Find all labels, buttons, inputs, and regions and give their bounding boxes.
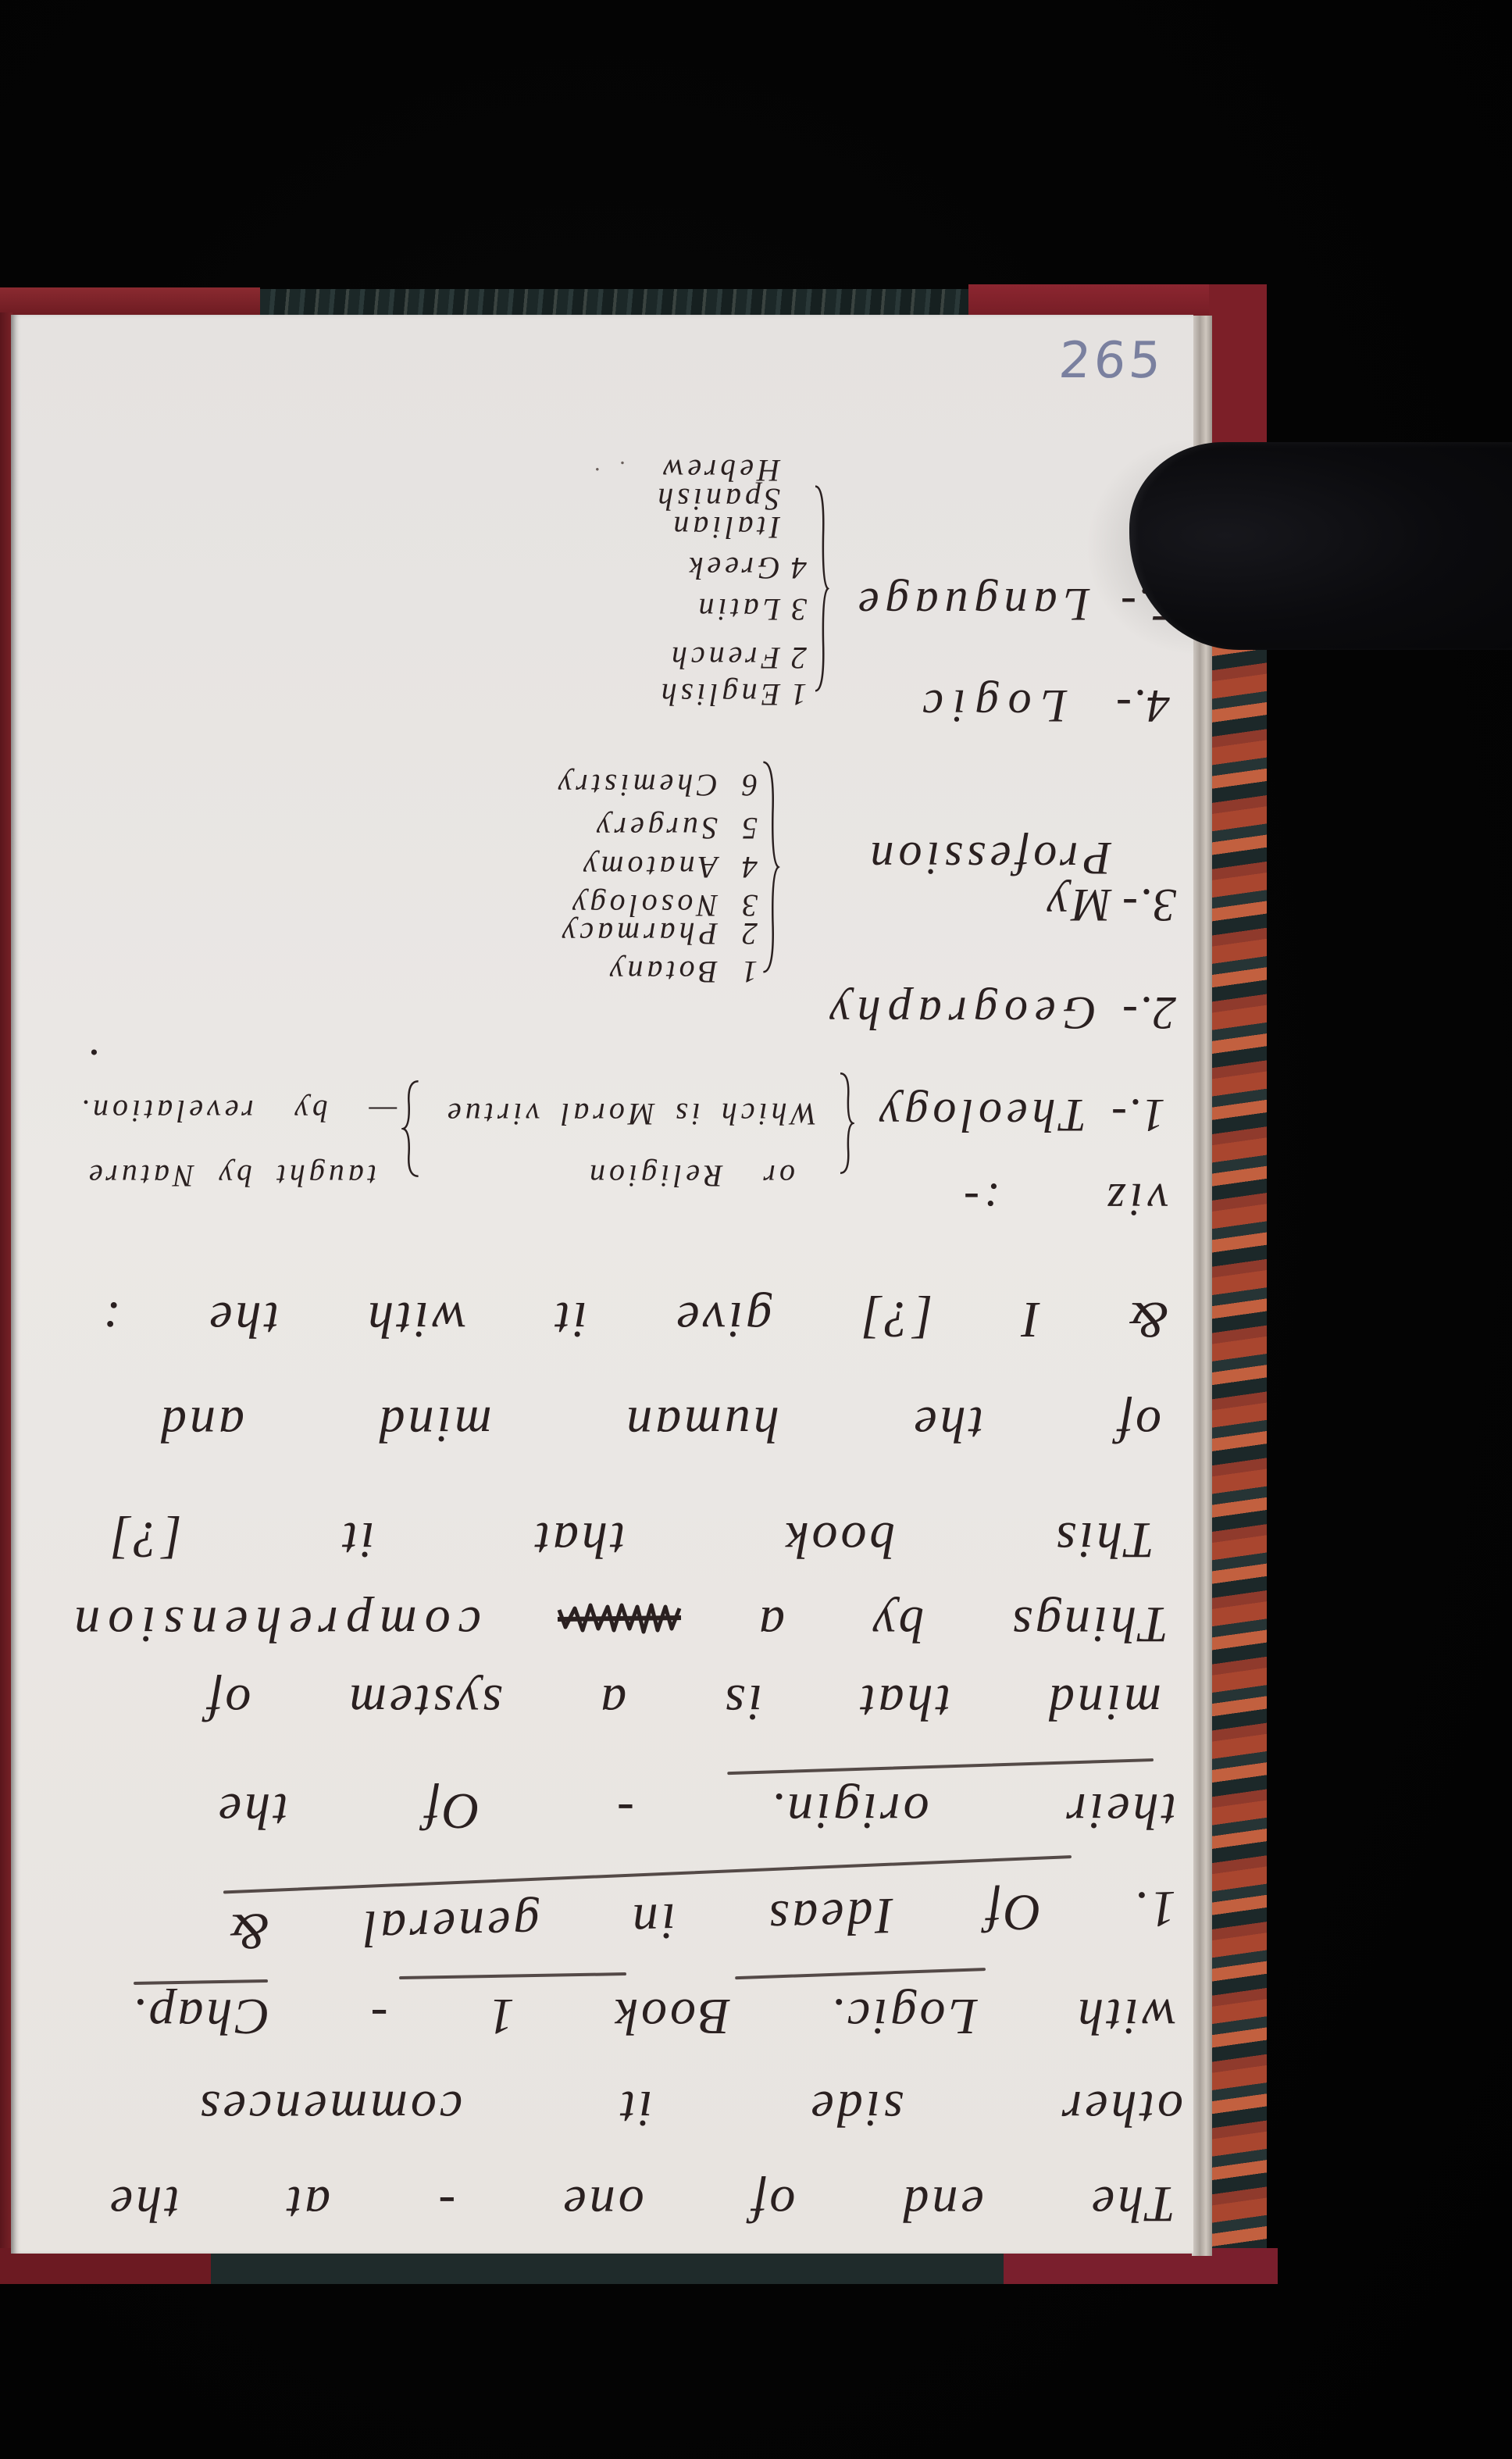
manuscript-line-5: their origin. - Of the — [216, 1785, 1176, 1836]
outline-title-theology: Theology — [875, 1092, 1086, 1139]
profession-subject: Nosology — [569, 890, 718, 921]
theology-branch-moral-virtue: Which is Moral virtue — [444, 1098, 817, 1130]
profession-subject-number: 3 — [738, 890, 758, 921]
profession-subject-number: 6 — [738, 769, 758, 801]
underline-book-1 — [399, 1972, 626, 1979]
manuscript-line-7-start: Things by a — [756, 1598, 1168, 1650]
manuscript-line-10: & I [?] give it with the : — [100, 1294, 1169, 1345]
manuscript-line-8: This book that it [?] — [107, 1514, 1154, 1565]
outline-number-2: 2.- — [1121, 990, 1176, 1037]
manuscript-line-7-end: comprehension — [70, 1598, 481, 1650]
profession-subject: Chemistry — [555, 769, 718, 801]
brace-profession — [761, 760, 780, 974]
profession-subject-number: 1 — [738, 956, 758, 987]
profession-subject: Surgery — [593, 812, 718, 844]
profession-subject: Botany — [606, 956, 718, 987]
manuscript-line-1: The end of one - at the — [107, 2178, 1175, 2229]
language-subject: French — [668, 642, 780, 673]
underline-chap — [134, 1979, 268, 1985]
stray-ink-marks: . · — [589, 457, 626, 480]
outline-title-logic: Logic — [913, 683, 1067, 730]
underline-their-origin — [727, 1758, 1154, 1775]
profession-subject-number: 5 — [738, 812, 758, 844]
outline-title-geography: Geography — [822, 990, 1097, 1037]
language-subject-number: 3 — [787, 594, 807, 625]
manuscript-line-4: 1. Of Ideas in general & — [226, 1883, 1177, 1958]
underline-logic — [735, 1968, 986, 1979]
manuscript-line-2: other side it commences — [197, 2082, 1183, 2134]
handwriting-rotated-frame: The end of one - at the other side it co… — [11, 315, 1193, 2254]
brace-language — [814, 484, 829, 693]
outline-number-1: 1.- — [1110, 1092, 1165, 1139]
language-subject: Hebrew — [659, 455, 780, 486]
viz-label: viz :- — [959, 1176, 1168, 1223]
outline-title-profession: My Profession — [797, 882, 1111, 929]
outline-number-4: 4.- — [1114, 683, 1170, 730]
language-subject: Latin — [695, 594, 780, 625]
struck-out-word — [556, 1596, 683, 1640]
theology-branch-religion: or Religion — [586, 1160, 795, 1191]
language-subject-number: 4 — [787, 552, 807, 584]
cover-corner-red-left — [0, 287, 260, 319]
manuscript-line-9: of the human mind and — [158, 1398, 1161, 1450]
gloved-thumb — [1129, 442, 1512, 650]
manuscript-line-3: with Logic. Book 1 - Chap. — [130, 1990, 1176, 2042]
language-subject: English — [658, 679, 780, 710]
brace-theology-open — [839, 1072, 854, 1174]
profession-subject: Anatomy — [579, 851, 718, 883]
theology-source-revelation: — by revelation. — [77, 1095, 397, 1126]
manuscript-line-6: mind that is a system of — [205, 1676, 1161, 1728]
outline-number-3: 3.- — [1121, 882, 1176, 929]
language-subject-number: 1 — [787, 679, 807, 710]
outline-title-language: Language — [852, 581, 1089, 628]
theology-source-nature: taught by Nature — [85, 1160, 376, 1191]
profession-subject-number: 4 — [738, 851, 758, 883]
page-number: 265 — [1057, 336, 1166, 386]
ink-dot: • — [90, 1040, 98, 1063]
brace-theology-close — [401, 1080, 420, 1177]
language-subject: Spanish — [654, 484, 780, 515]
language-subject: Greek — [686, 552, 780, 584]
language-subject-number: 2 — [787, 642, 807, 673]
